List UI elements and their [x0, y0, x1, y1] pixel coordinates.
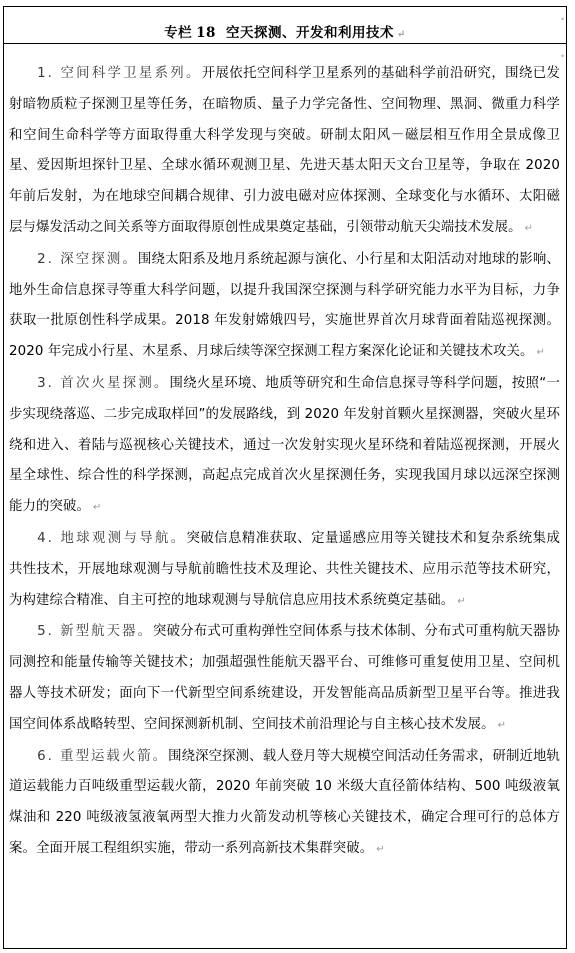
title-text: 空天探测、开发和利用技术	[226, 25, 394, 41]
title-number: 18	[196, 25, 216, 41]
paragraph-heading: 3. 首次火星探测。	[37, 376, 169, 391]
paragraph-mark-icon: ↵	[498, 720, 506, 731]
paragraph-mars-exploration: 3. 首次火星探测。围绕火星环境、地质等研究和生命信息探寻等科学问题，按照“一步…	[9, 369, 560, 524]
paragraph-mark-icon: ↵	[93, 502, 101, 513]
paragraph-heading: 1. 空间科学卫星系列。	[37, 66, 202, 81]
paragraph-heavy-launch-vehicle: 6. 重型运载火箭。围绕深空探测、载人登月等大规模空间活动任务需求，研制近地轨道…	[9, 742, 560, 866]
paragraph-mark-icon: ↵	[537, 347, 545, 358]
paragraph-heading: 2. 深空探测。	[37, 252, 138, 267]
paragraph-earth-observation-navigation: 4. 地球观测与导航。突破信息精准获取、定量遥感应用等关键技术和复杂系统集成共性…	[9, 524, 560, 617]
title-prefix: 专栏	[164, 25, 192, 41]
paragraph-mark-icon: ↵	[376, 844, 384, 855]
paragraph-heading: 4. 地球观测与导航。	[37, 531, 186, 546]
paragraph-heading: 6. 重型运载火箭。	[37, 749, 168, 764]
paragraph-body: 围绕太阳系及地月系统起源与演化、小行星和太阳活动对地球的影响、地外生命信息探寻等…	[9, 252, 560, 359]
paragraph-deep-space-exploration: 2. 深空探测。围绕太阳系及地月系统起源与演化、小行星和太阳活动对地球的影响、地…	[9, 245, 560, 369]
paragraph-body: 围绕火星环境、地质等研究和生命信息探寻等科学问题，按照“一步实现绕落巡、二步完成…	[9, 376, 560, 514]
paragraph-body: 围绕深空探测、载人登月等大规模空间活动任务需求，研制近地轨道运载能力百吨级重型运…	[9, 749, 560, 856]
paragraph-mark-icon: ↵	[457, 596, 465, 607]
box-content: 1. 空间科学卫星系列。开展依托空间科学卫星系列的基础科学前沿研究，围绕已发射暗…	[9, 59, 560, 866]
box-title: 专栏18空天探测、开发和利用技术↵	[4, 25, 566, 43]
feature-box: • • 专栏18空天探测、开发和利用技术↵ 1. 空间科学卫星系列。开展依托空间…	[3, 6, 567, 949]
title-row: 专栏18空天探测、开发和利用技术↵	[4, 7, 566, 44]
paragraph-new-spacecraft: 5. 新型航天器。突破分布式可重构弹性空间体系与技术体制、分布式可重构航天器协同…	[9, 617, 560, 741]
paragraph-heading: 5. 新型航天器。	[37, 624, 153, 639]
paragraph-body: 突破分布式可重构弹性空间体系与技术体制、分布式可重构航天器协同测控和能量传输等关…	[9, 624, 560, 731]
paragraph-mark-icon: ↵	[525, 223, 533, 234]
cell-marker-icon: •	[560, 52, 565, 61]
paragraph-mark-icon: ↵	[397, 29, 406, 40]
paragraph-space-science-satellites: 1. 空间科学卫星系列。开展依托空间科学卫星系列的基础科学前沿研究，围绕已发射暗…	[9, 59, 560, 245]
paragraph-body: 开展依托空间科学卫星系列的基础科学前沿研究，围绕已发射暗物质粒子探测卫星等任务，…	[9, 66, 560, 235]
